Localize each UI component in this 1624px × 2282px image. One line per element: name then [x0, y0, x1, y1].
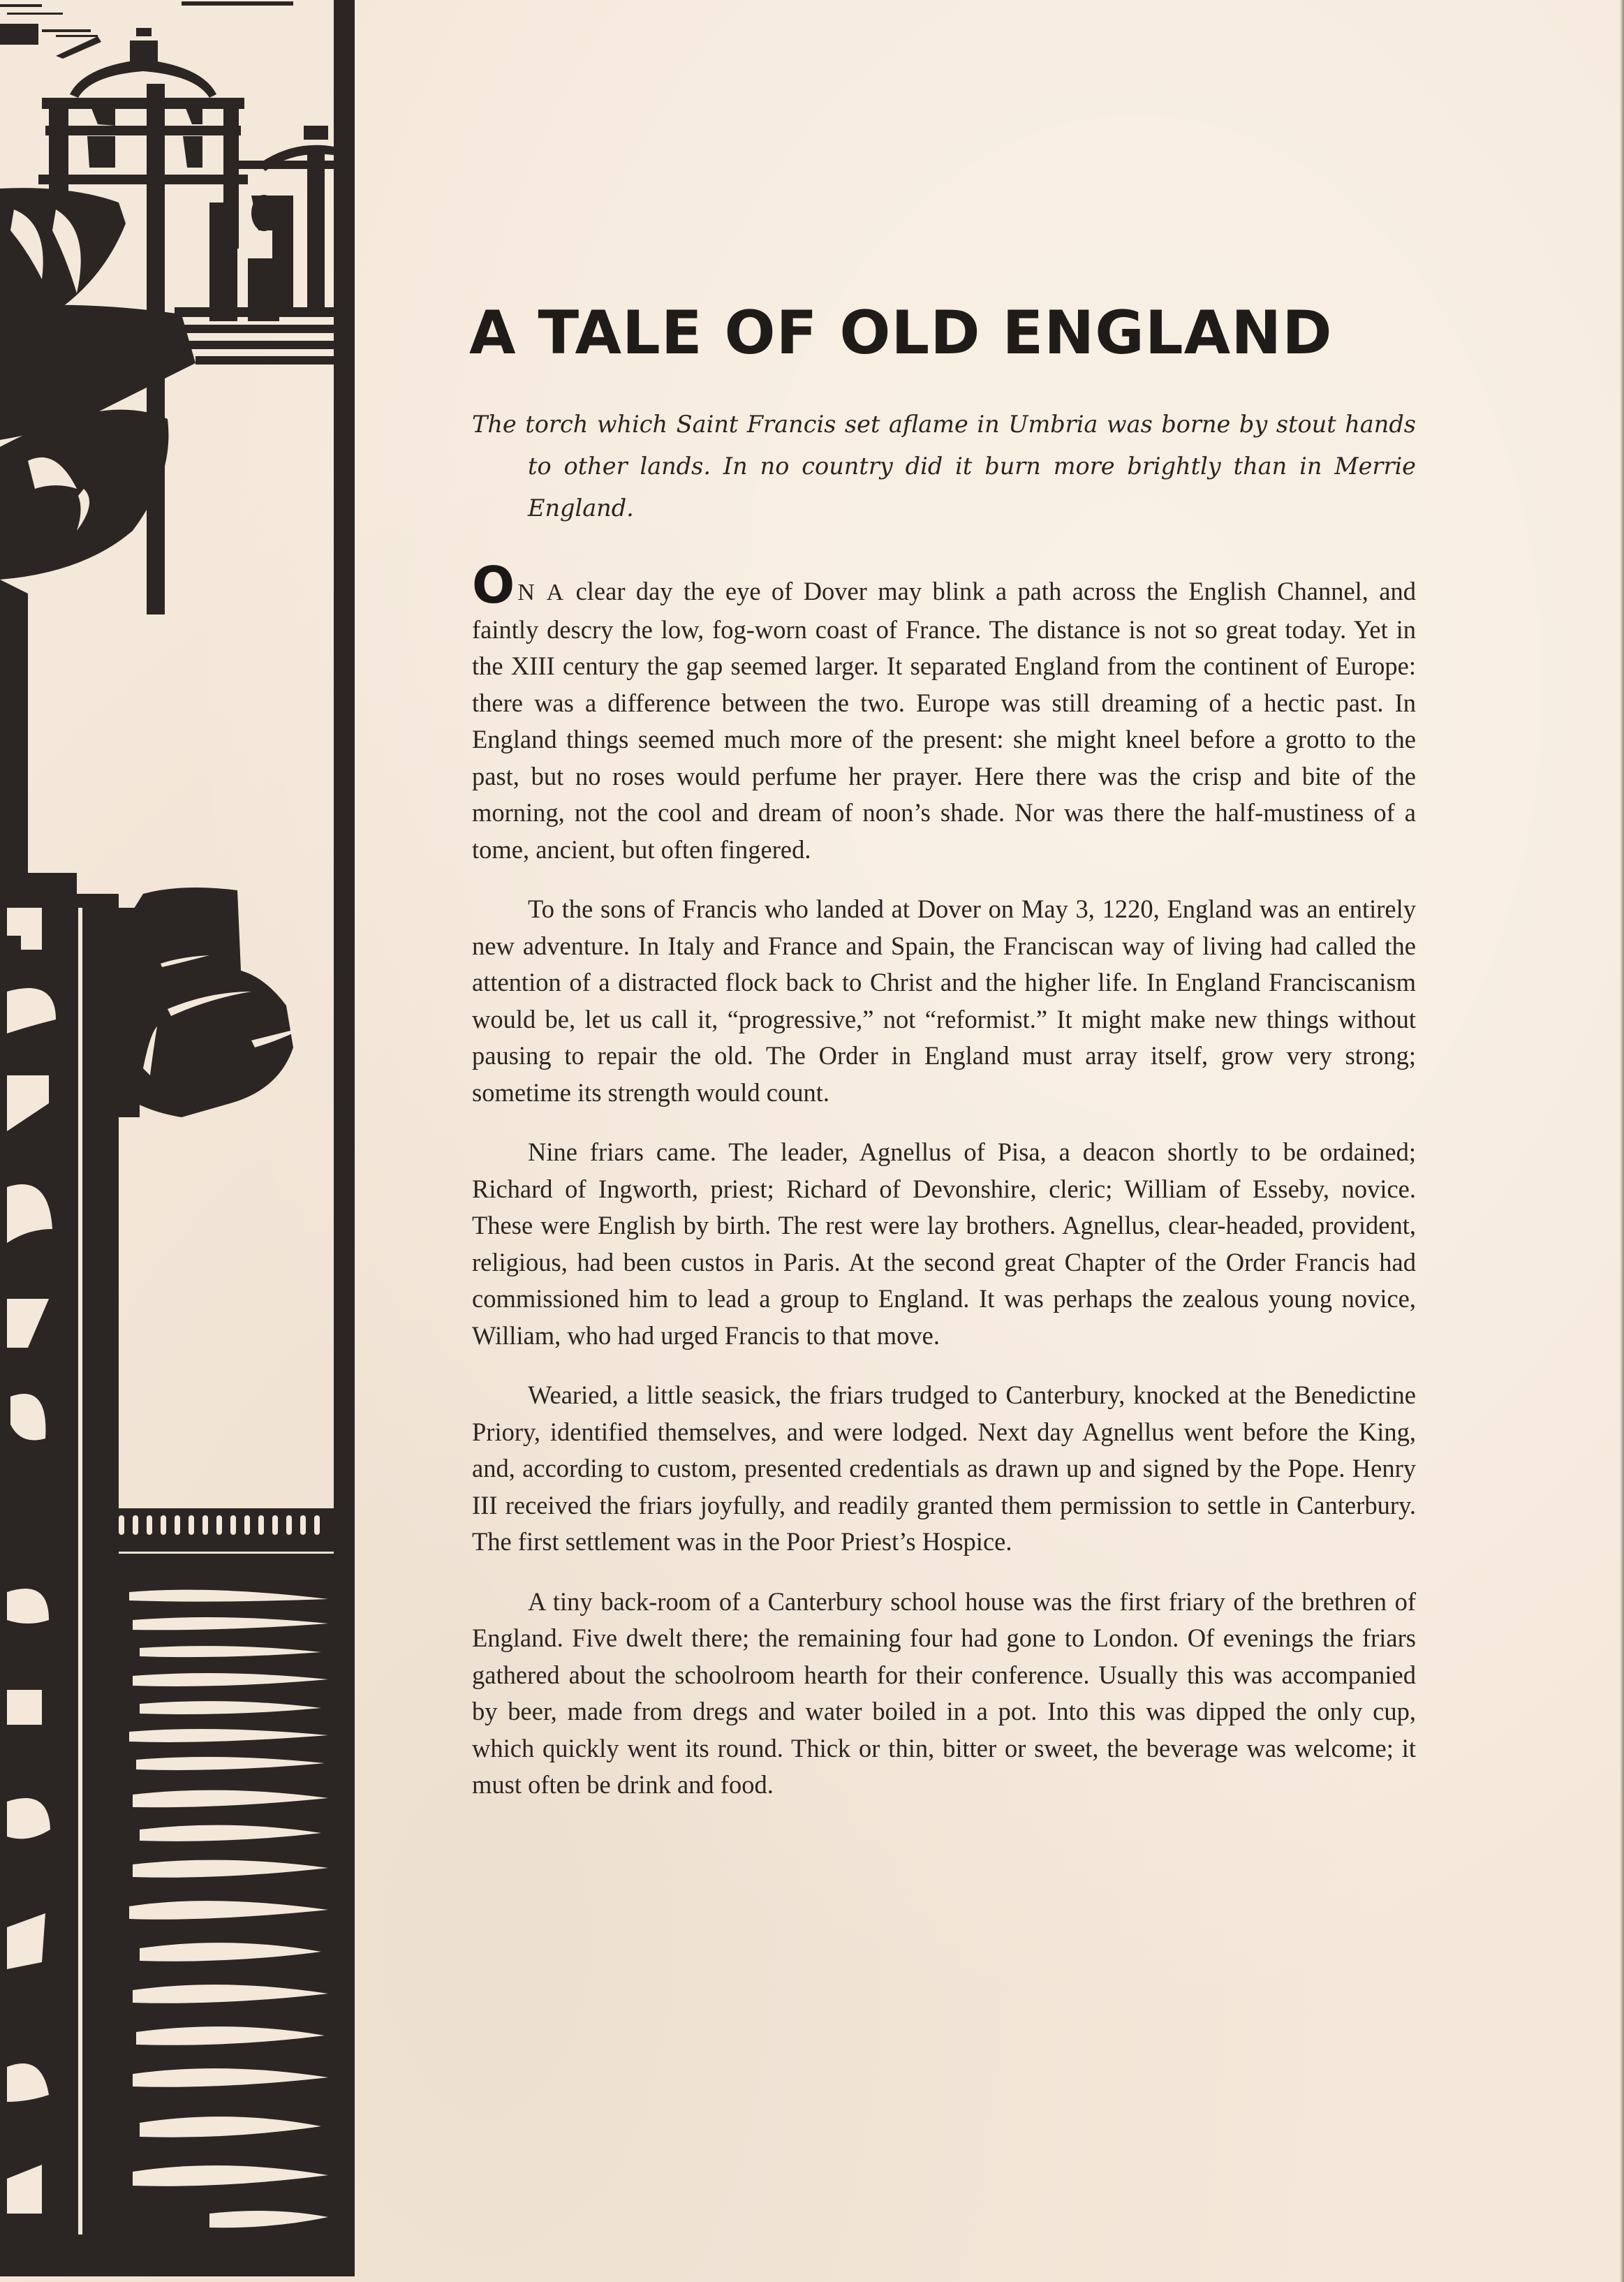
body-paragraph-1: ON A clear day the eye of Dover may blin…	[472, 560, 1416, 868]
body-paragraph-5: A tiny back-room of a Canterbury school …	[472, 1584, 1416, 1804]
page-edge-shadow	[1620, 0, 1624, 2282]
body-paragraph-3: Nine friars came. The leader, Agnellus o…	[472, 1134, 1416, 1354]
woodcut-illustration	[0, 0, 357, 2278]
body-paragraph-4: Wearied, a little seasick, the friars tr…	[472, 1377, 1416, 1561]
article-subtitle: The torch which Saint Francis set aflame…	[472, 404, 1416, 529]
article-body: ON A clear day the eye of Dover may blin…	[472, 560, 1416, 1804]
paragraph-text: clear day the eye of Dover may blink a p…	[472, 577, 1416, 864]
drop-cap: O	[472, 556, 515, 614]
lead-in-caps: N A	[517, 580, 565, 605]
article-title: A TALE OF OLD ENGLAND	[469, 303, 1416, 363]
article: A TALE OF OLD ENGLAND The torch which Sa…	[472, 293, 1416, 1827]
body-paragraph-2: To the sons of Francis who landed at Dov…	[472, 891, 1416, 1111]
